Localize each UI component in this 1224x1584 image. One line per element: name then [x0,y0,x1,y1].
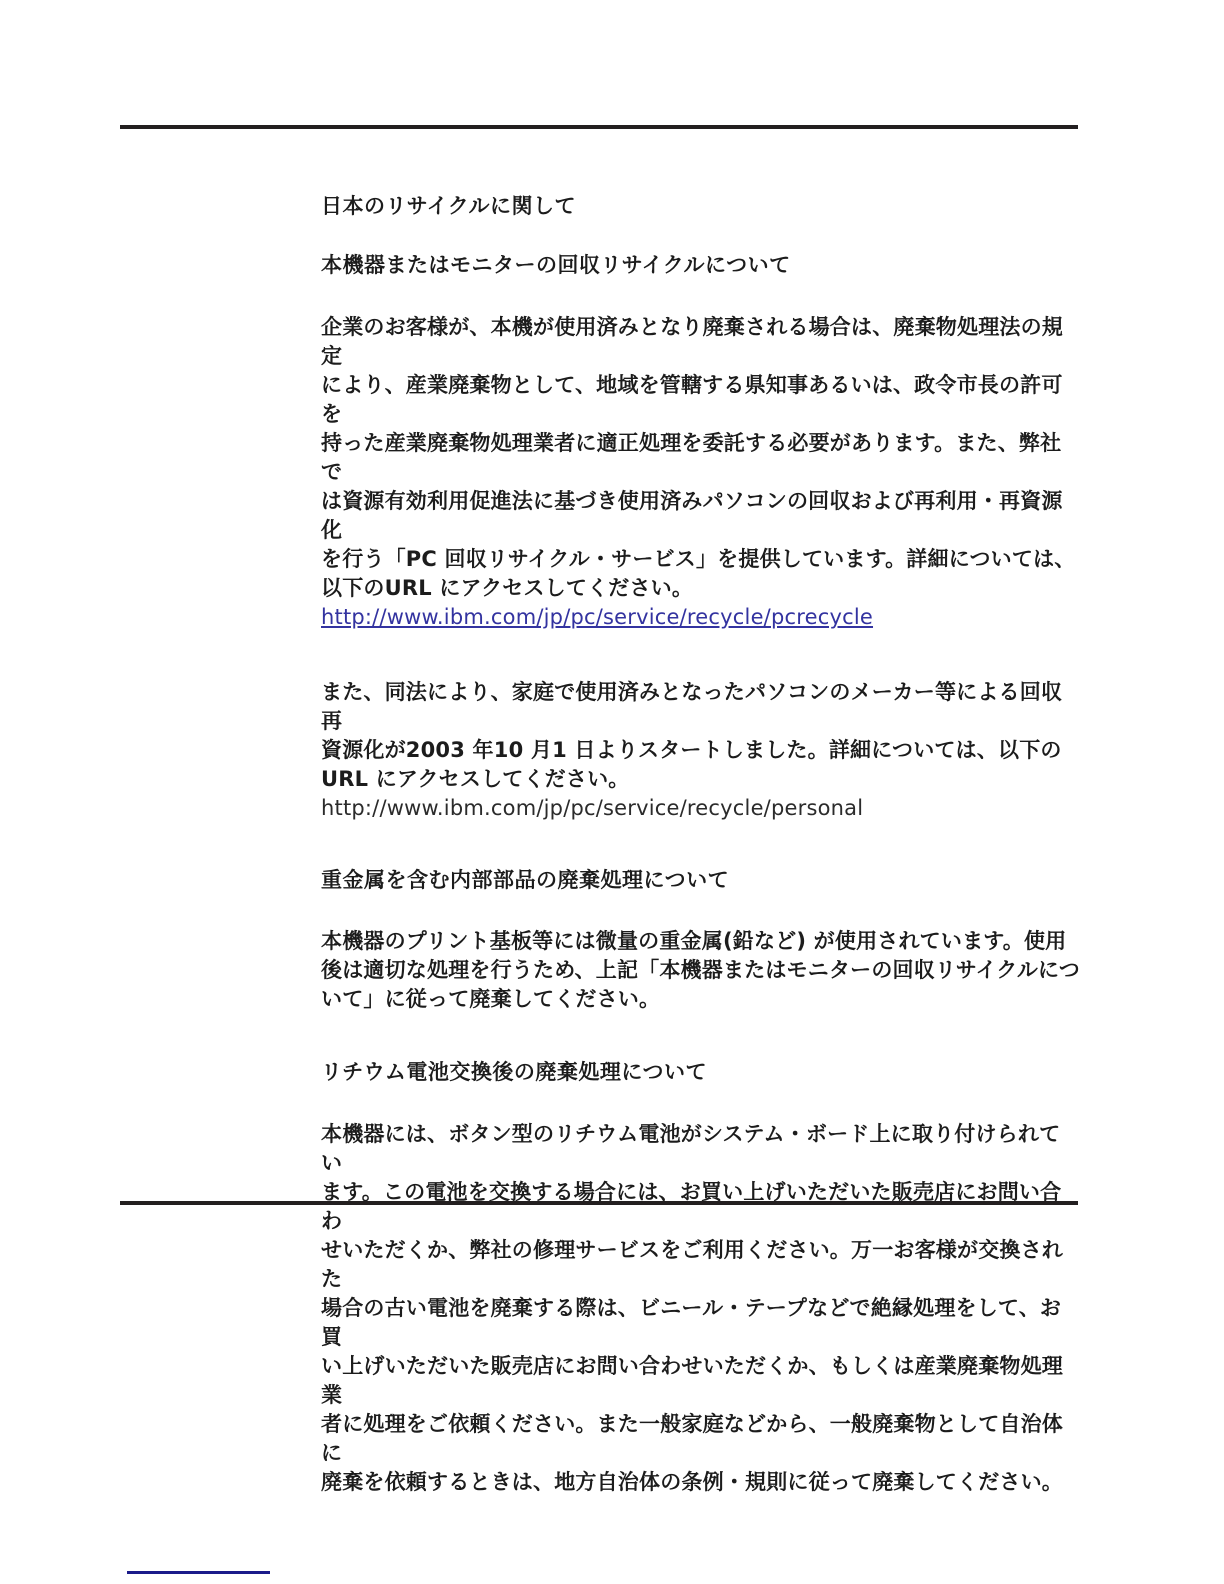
page-content: 日本のリサイクルに関して 本機器またはモニターの回収リサイクルについて 企業のお… [321,193,1081,1497]
paragraph-corporate-recycle: 企業のお客様が、本機が使用済みとなり廃棄される場合は、廃棄物処理法の規定 により… [321,313,1081,603]
personal-url-text: http://www.ibm.com/jp/pc/service/recycle… [321,794,1081,823]
paragraph-lithium-battery: 本機器には、ボタン型のリチウム電池がシステム・ボード上に取り付けられてい ます。… [321,1120,1081,1497]
section-heading-heavy-metal: 重金属を含む内部部品の廃棄処理について [321,867,1081,893]
paragraph-home-recycle: また、同法により、家庭で使用済みとなったパソコンのメーカー等による回収再 資源化… [321,678,1081,794]
paragraph-heavy-metal: 本機器のプリント基板等には微量の重金属(鉛など) が使用されています。使用 後は… [321,927,1081,1014]
top-rule [120,125,1078,129]
bottom-rule [120,1201,1078,1205]
section-heading-lithium-battery: リチウム電池交換後の廃棄処理について [321,1059,1081,1085]
section-heading-monitor-recycle: 本機器またはモニターの回収リサイクルについて [321,252,1081,278]
footer-blue-line [127,1571,270,1574]
document-page: 日本のリサイクルに関して 本機器またはモニターの回収リサイクルについて 企業のお… [0,0,1224,1584]
page-title: 日本のリサイクルに関して [321,193,1081,219]
pcrecycle-url-link[interactable]: http://www.ibm.com/jp/pc/service/recycle… [321,603,1081,632]
